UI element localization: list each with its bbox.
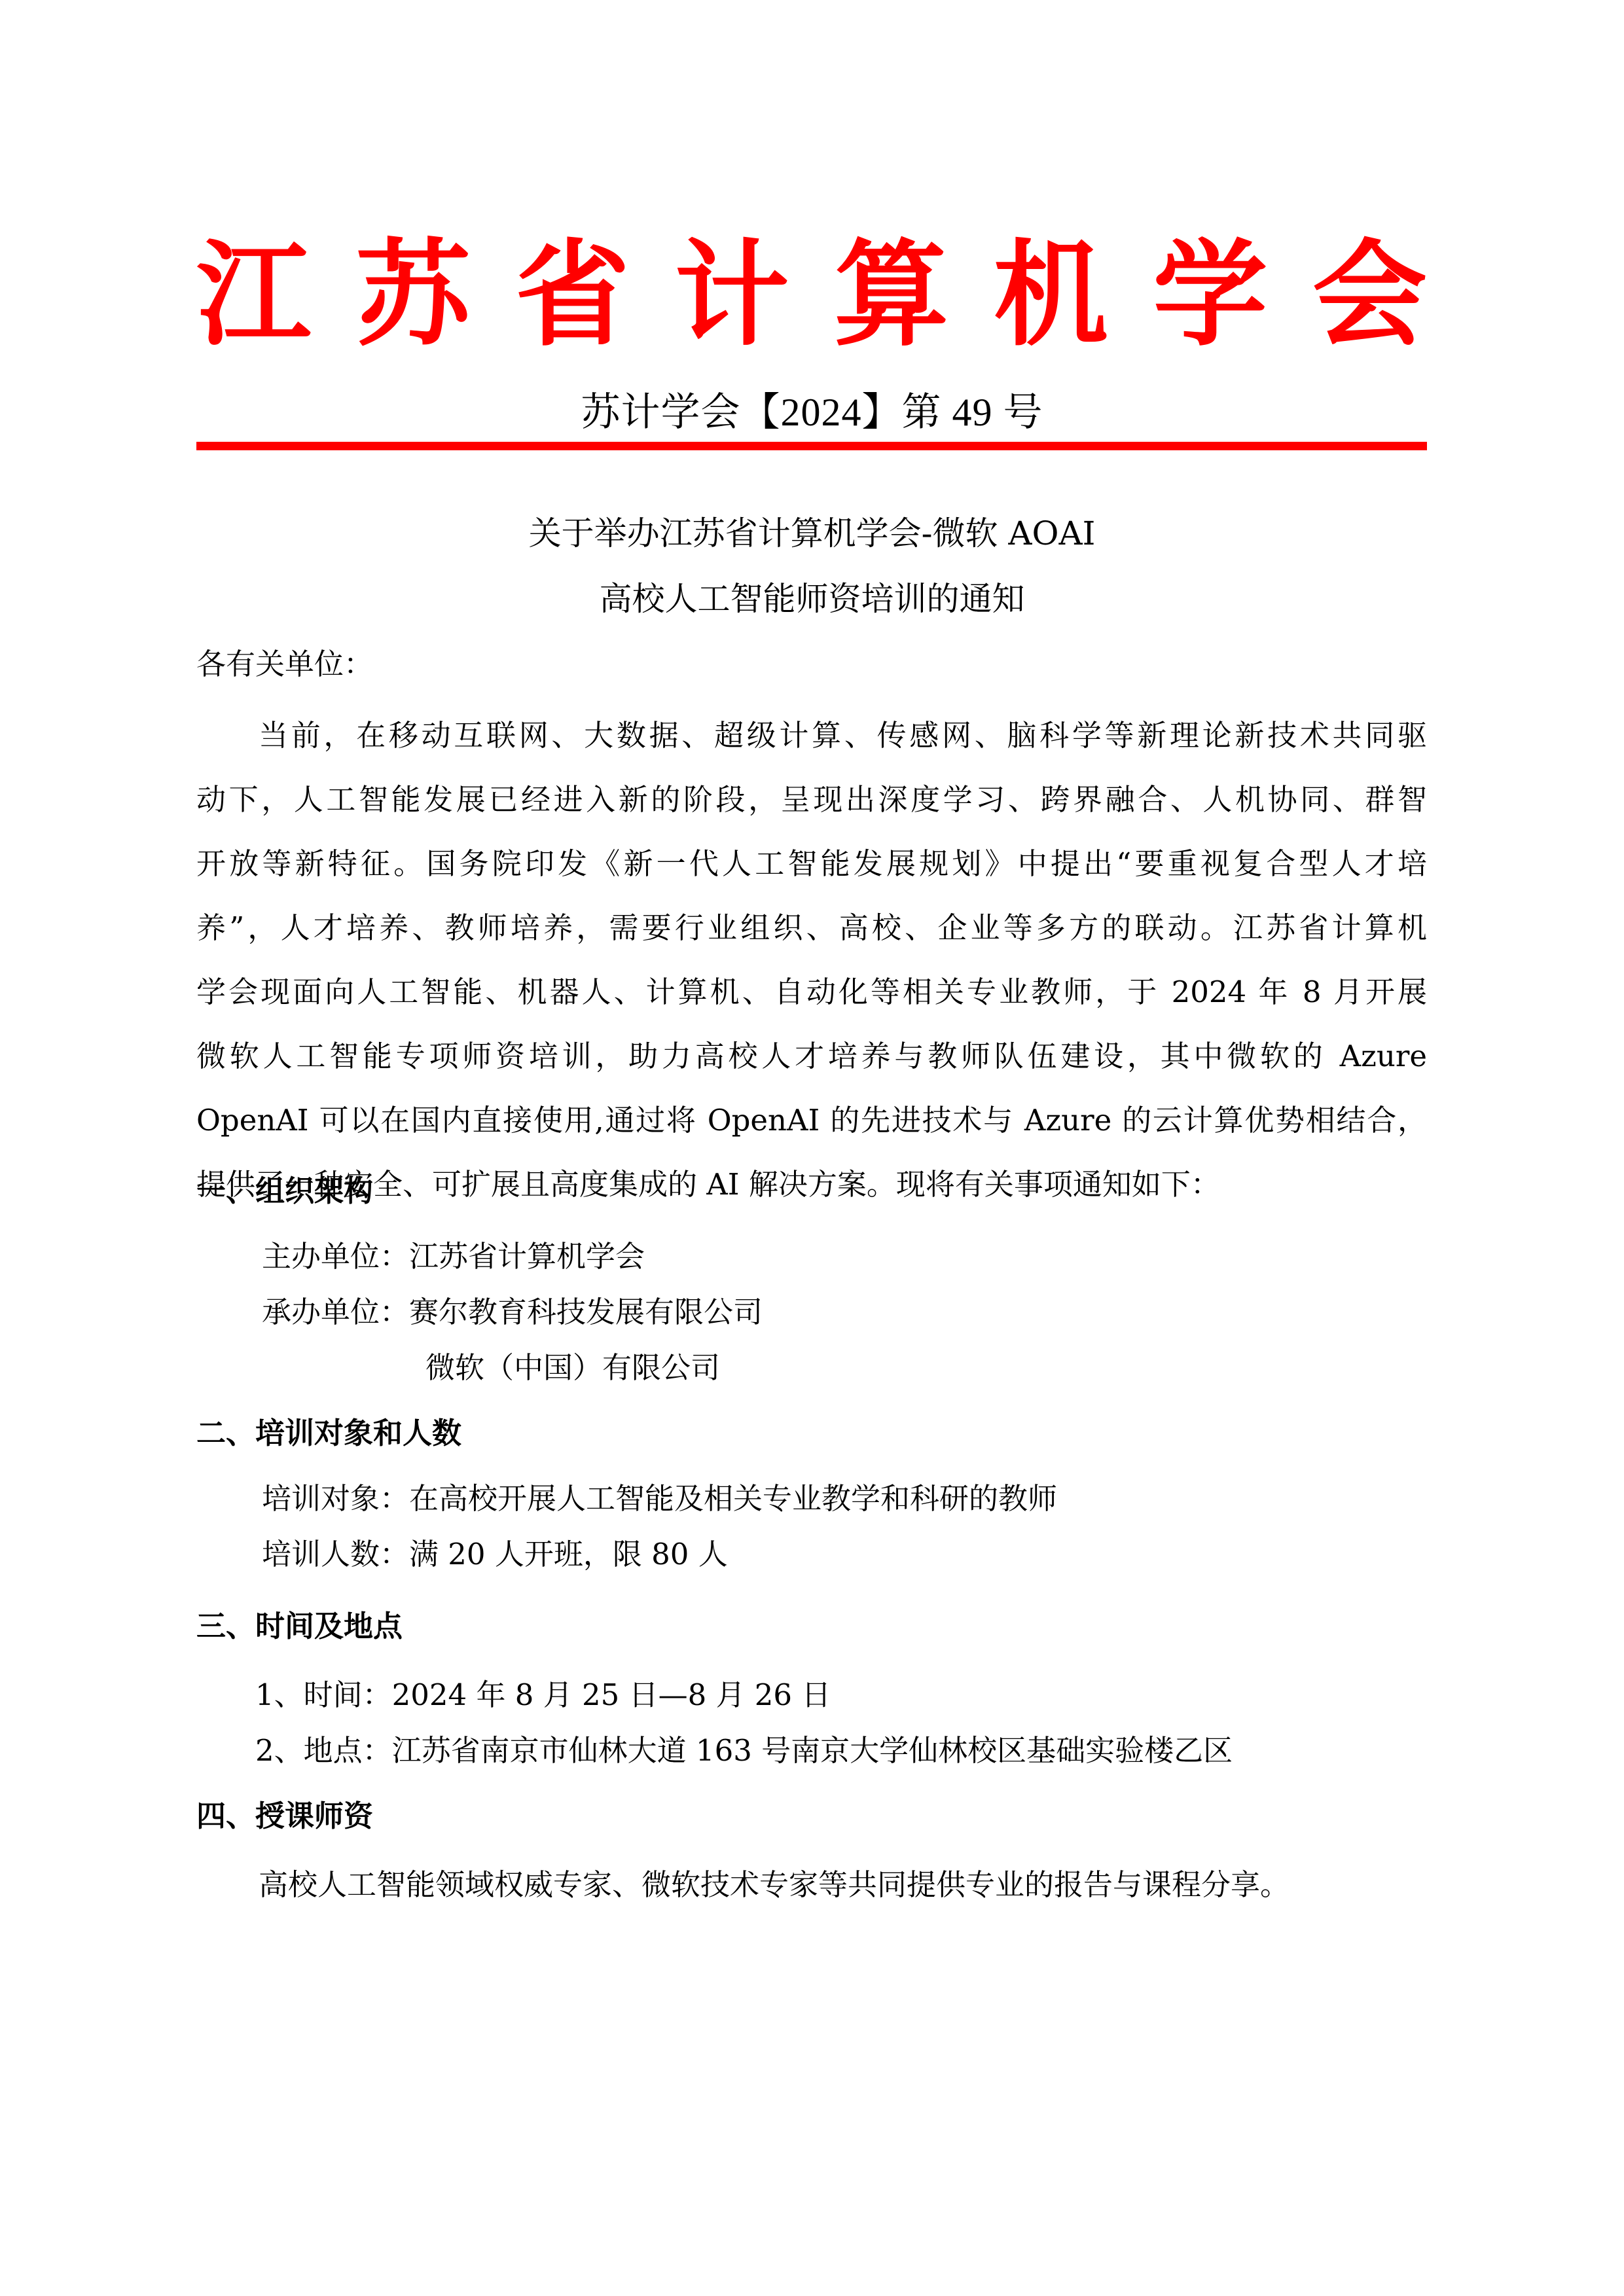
organizer-unit: 承办单位：赛尔教育科技发展有限公司 (262, 1293, 763, 1332)
letterhead-char: 算 (834, 238, 948, 352)
letterhead-char: 江 (196, 238, 311, 352)
letterhead-char: 计 (675, 238, 789, 352)
instructors-description: 高校人工智能领域权威专家、微软技术专家等共同提供专业的报告与课程分享。 (259, 1865, 1290, 1905)
training-location: 2、地点：江苏省南京市仙林大道 163 号南京大学仙林校区基础实验楼乙区 (255, 1731, 1233, 1770)
paragraph-line: 动下，人工智能发展已经进入新的阶段，呈现出深度学习、跨界融合、人机协同、群智 (196, 768, 1427, 832)
section-heading-participants: 二、培训对象和人数 (196, 1414, 461, 1453)
letterhead-char: 苏 (356, 238, 471, 352)
letterhead-char: 会 (1312, 238, 1427, 352)
paragraph-line: 开放等新特征。国务院印发《新一代人工智能发展规划》中提出“要重视复合型人才培 (196, 832, 1427, 896)
letterhead-char: 机 (994, 238, 1108, 352)
section-heading-organization: 一、组织架构 (196, 1172, 373, 1211)
training-headcount: 培训人数：满 20 人开班，限 80 人 (262, 1535, 728, 1574)
paragraph-line: 养”，人才培养、教师培养，需要行业组织、高校、企业等多方的联动。江苏省计算机 (196, 896, 1427, 960)
paragraph-line: 微软人工智能专项师资培训，助力高校人才培养与教师队伍建设，其中微软的 Azure (196, 1024, 1427, 1088)
document-number: 苏计学会【2024】第 49 号 (0, 386, 1624, 439)
letterhead-char: 省 (515, 238, 630, 352)
letterhead-char: 学 (1153, 238, 1267, 352)
paragraph-line: 提供了一种安全、可扩展且高度集成的 AI 解决方案。现将有关事项通知如下： (196, 1153, 1427, 1217)
training-time: 1、时间：2024 年 8 月 25 日—8 月 26 日 (255, 1676, 831, 1715)
host-unit: 主办单位：江苏省计算机学会 (262, 1237, 645, 1276)
notice-title-line1: 关于举办江苏省计算机学会-微软 AOAI (0, 514, 1624, 553)
organization-letterhead: 江 苏 省 计 算 机 学 会 (196, 216, 1427, 373)
section-heading-instructors: 四、授课师资 (196, 1797, 373, 1836)
paragraph-line: 学会现面向人工智能、机器人、计算机、自动化等相关专业教师，于 2024 年 8 … (196, 960, 1427, 1024)
organizer-unit-2: 微软（中国）有限公司 (425, 1348, 720, 1388)
document-page: 江 苏 省 计 算 机 学 会 苏计学会【2024】第 49 号 关于举办江苏省… (0, 0, 1624, 2296)
training-target: 培训对象：在高校开展人工智能及相关专业教学和科研的教师 (262, 1479, 1057, 1518)
section-heading-time-place: 三、时间及地点 (196, 1607, 403, 1646)
red-divider (196, 442, 1427, 450)
notice-title-line2: 高校人工智能师资培训的通知 (0, 579, 1624, 619)
paragraph-line: OpenAI 可以在国内直接使用,通过将 OpenAI 的先进技术与 Azure… (196, 1088, 1427, 1153)
paragraph-line: 当前，在移动互联网、大数据、超级计算、传感网、脑科学等新理论新技术共同驱 (196, 704, 1427, 768)
intro-paragraph: 当前，在移动互联网、大数据、超级计算、传感网、脑科学等新理论新技术共同驱 动下，… (196, 704, 1427, 1217)
salutation: 各有关单位： (196, 645, 373, 684)
